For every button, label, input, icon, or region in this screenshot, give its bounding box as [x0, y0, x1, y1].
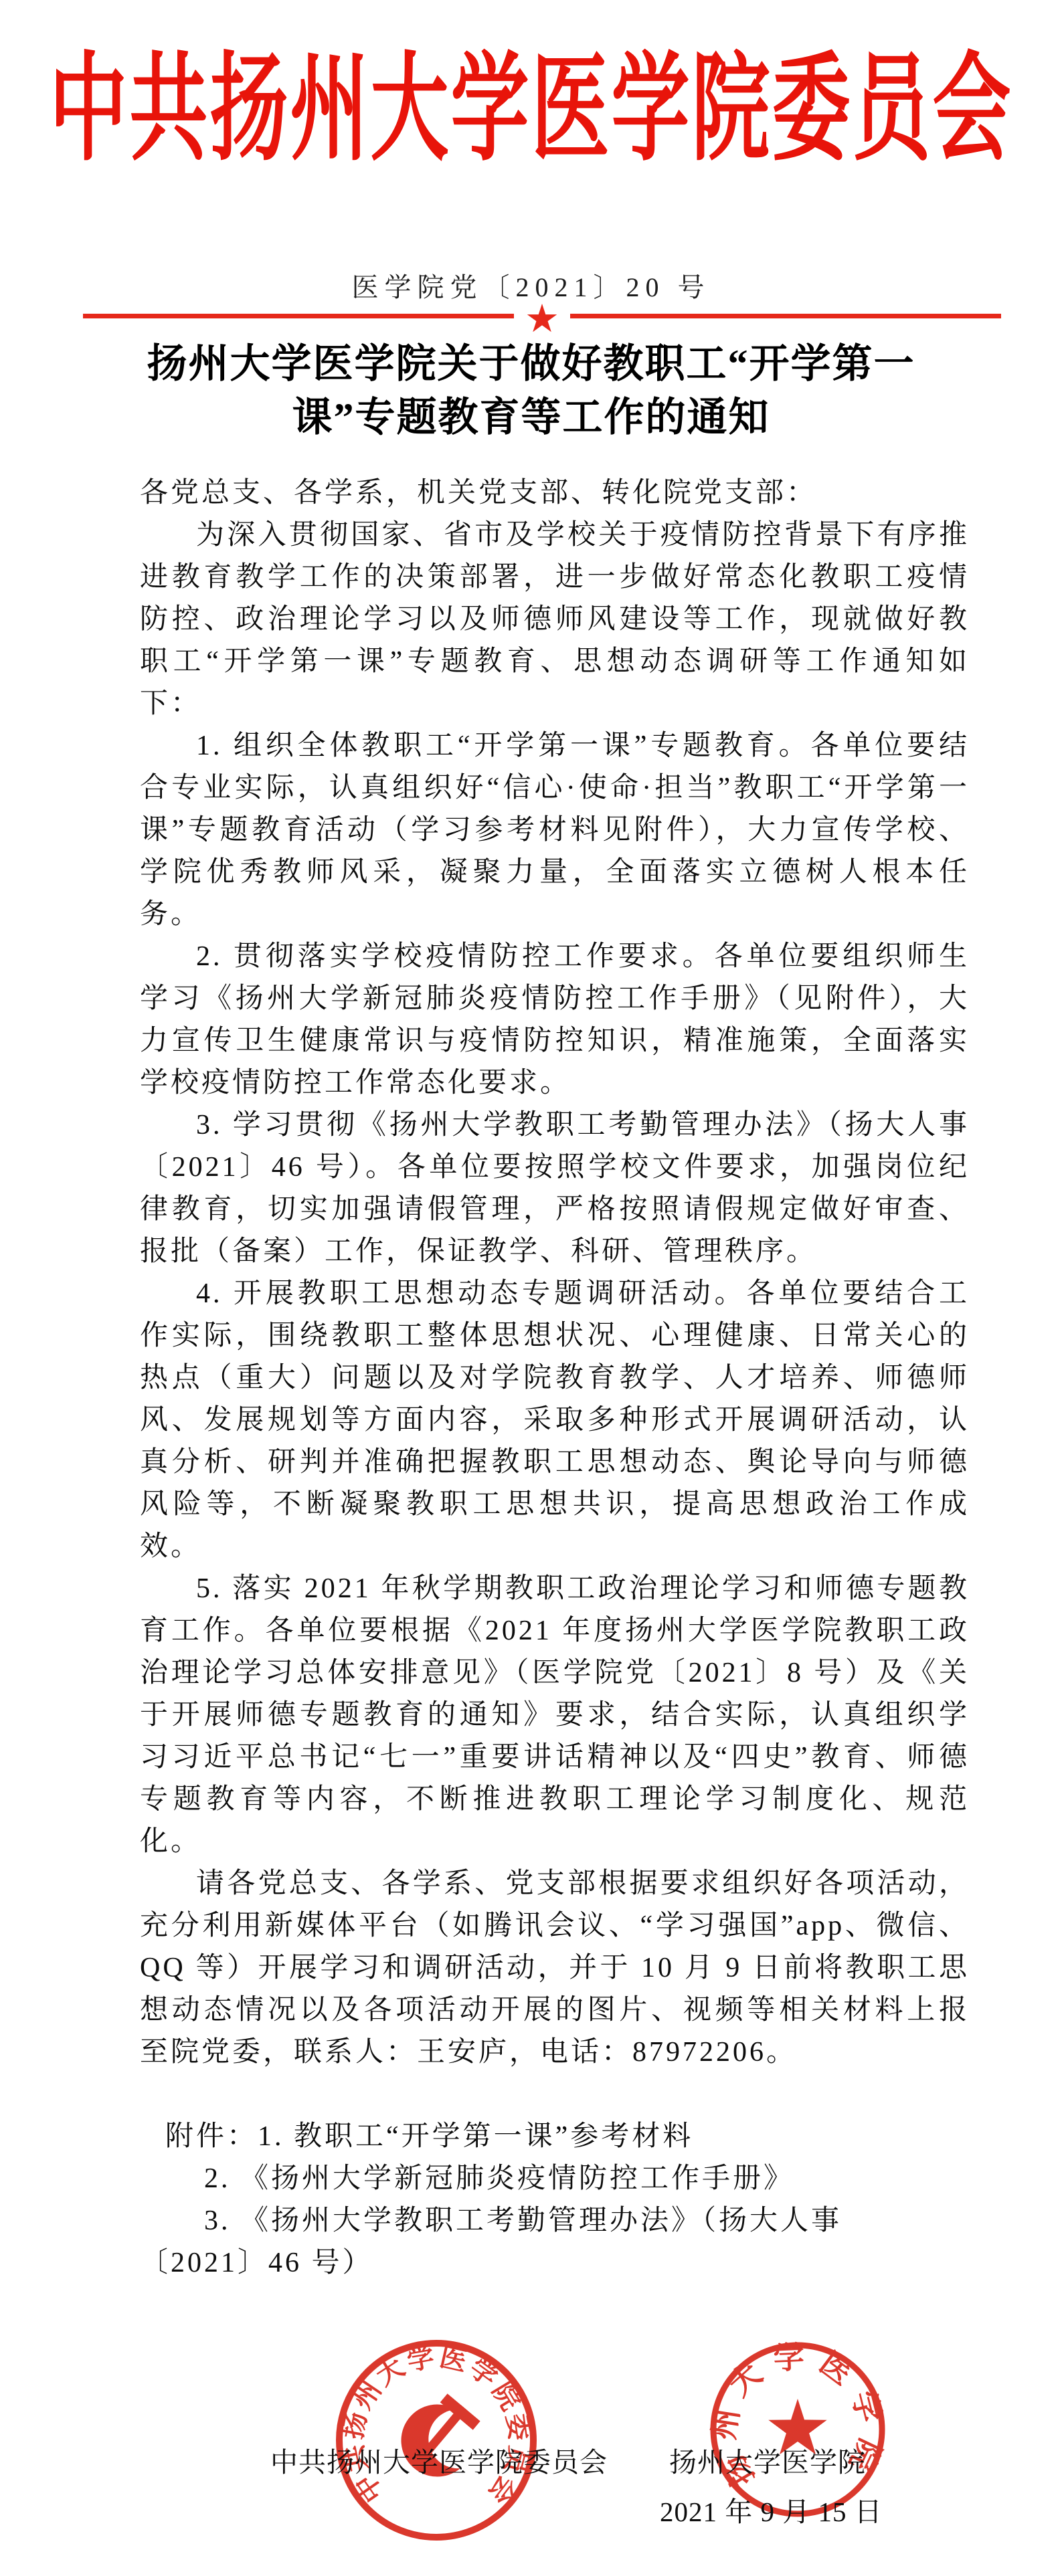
body-paragraph: 请各党总支、各学系、党支部根据要求组织好各项活动，充分利用新媒体平台（如腾讯会议… — [140, 1863, 970, 2074]
issuer-left-signature: 中共扬州大学医学院委员会 — [270, 2440, 608, 2480]
official-document-page: 中共扬州大学医学院委员会 医学院党〔2021〕20 号 ★ 扬州大学医学院关于做… — [0, 0, 1062, 2576]
body-paragraph: 3. 学习贯彻《扬州大学教职工考勤管理办法》（扬大人事〔2021〕46 号）。各… — [140, 1104, 970, 1273]
attachment-line: 附件：1. 教职工“开学第一课”参考材料 — [140, 2116, 970, 2158]
issuer-right-signature: 扬州大学医学院 — [669, 2440, 866, 2480]
attachment-line: 2. 《扬州大学新冠肺炎疫情防控工作手册》 — [140, 2158, 970, 2200]
addressee-line: 各党总支、各学系，机关党支部、转化院党支部： — [140, 472, 970, 514]
document-body: 各党总支、各学系，机关党支部、转化院党支部： 为深入贯彻国家、省市及学校关于疫情… — [140, 472, 970, 2284]
letterhead-org-title: 中共扬州大学医学院委员会 — [0, 47, 1062, 176]
body-paragraph: 为深入贯彻国家、省市及学校关于疫情防控背景下有序推进教育教学工作的决策部署，进一… — [140, 514, 970, 725]
star-icon: ★ — [525, 299, 559, 338]
document-title-line1: 扬州大学医学院关于做好教职工“开学第一 — [0, 337, 1062, 391]
body-paragraph: 5. 落实 2021 年秋学期教职工政治理论学习和师德专题教育工作。各单位要根据… — [140, 1568, 970, 1863]
body-paragraph: 2. 贯彻落实学校疫情防控工作要求。各单位要组织师生学习《扬州大学新冠肺炎疫情防… — [140, 936, 970, 1104]
attachment-line: 〔2021〕46 号） — [140, 2242, 970, 2284]
document-title-line2: 课”专题教育等工作的通知 — [0, 391, 1062, 444]
red-rule-separator: ★ — [83, 297, 1001, 334]
red-rule-right — [570, 314, 1001, 318]
attachment-line: 3. 《扬州大学教职工考勤管理办法》（扬大人事 — [140, 2200, 970, 2242]
body-paragraph: 1. 组织全体教职工“开学第一课”专题教育。各单位要结合专业实际，认真组织好“信… — [140, 725, 970, 936]
attachments-block: 附件：1. 教职工“开学第一课”参考材料 2. 《扬州大学新冠肺炎疫情防控工作手… — [140, 2116, 970, 2284]
seal-rim-text: 中共扬州大学医学院委员会 — [337, 2341, 535, 2511]
red-rule-left — [83, 314, 514, 318]
body-paragraph: 4. 开展教职工思想动态专题调研活动。各单位要结合工作实际，围绕教职工整体思想状… — [140, 1273, 970, 1568]
issue-date: 2021 年 9 月 15 日 — [660, 2490, 883, 2529]
document-title: 扬州大学医学院关于做好教职工“开学第一 课”专题教育等工作的通知 — [0, 337, 1062, 444]
